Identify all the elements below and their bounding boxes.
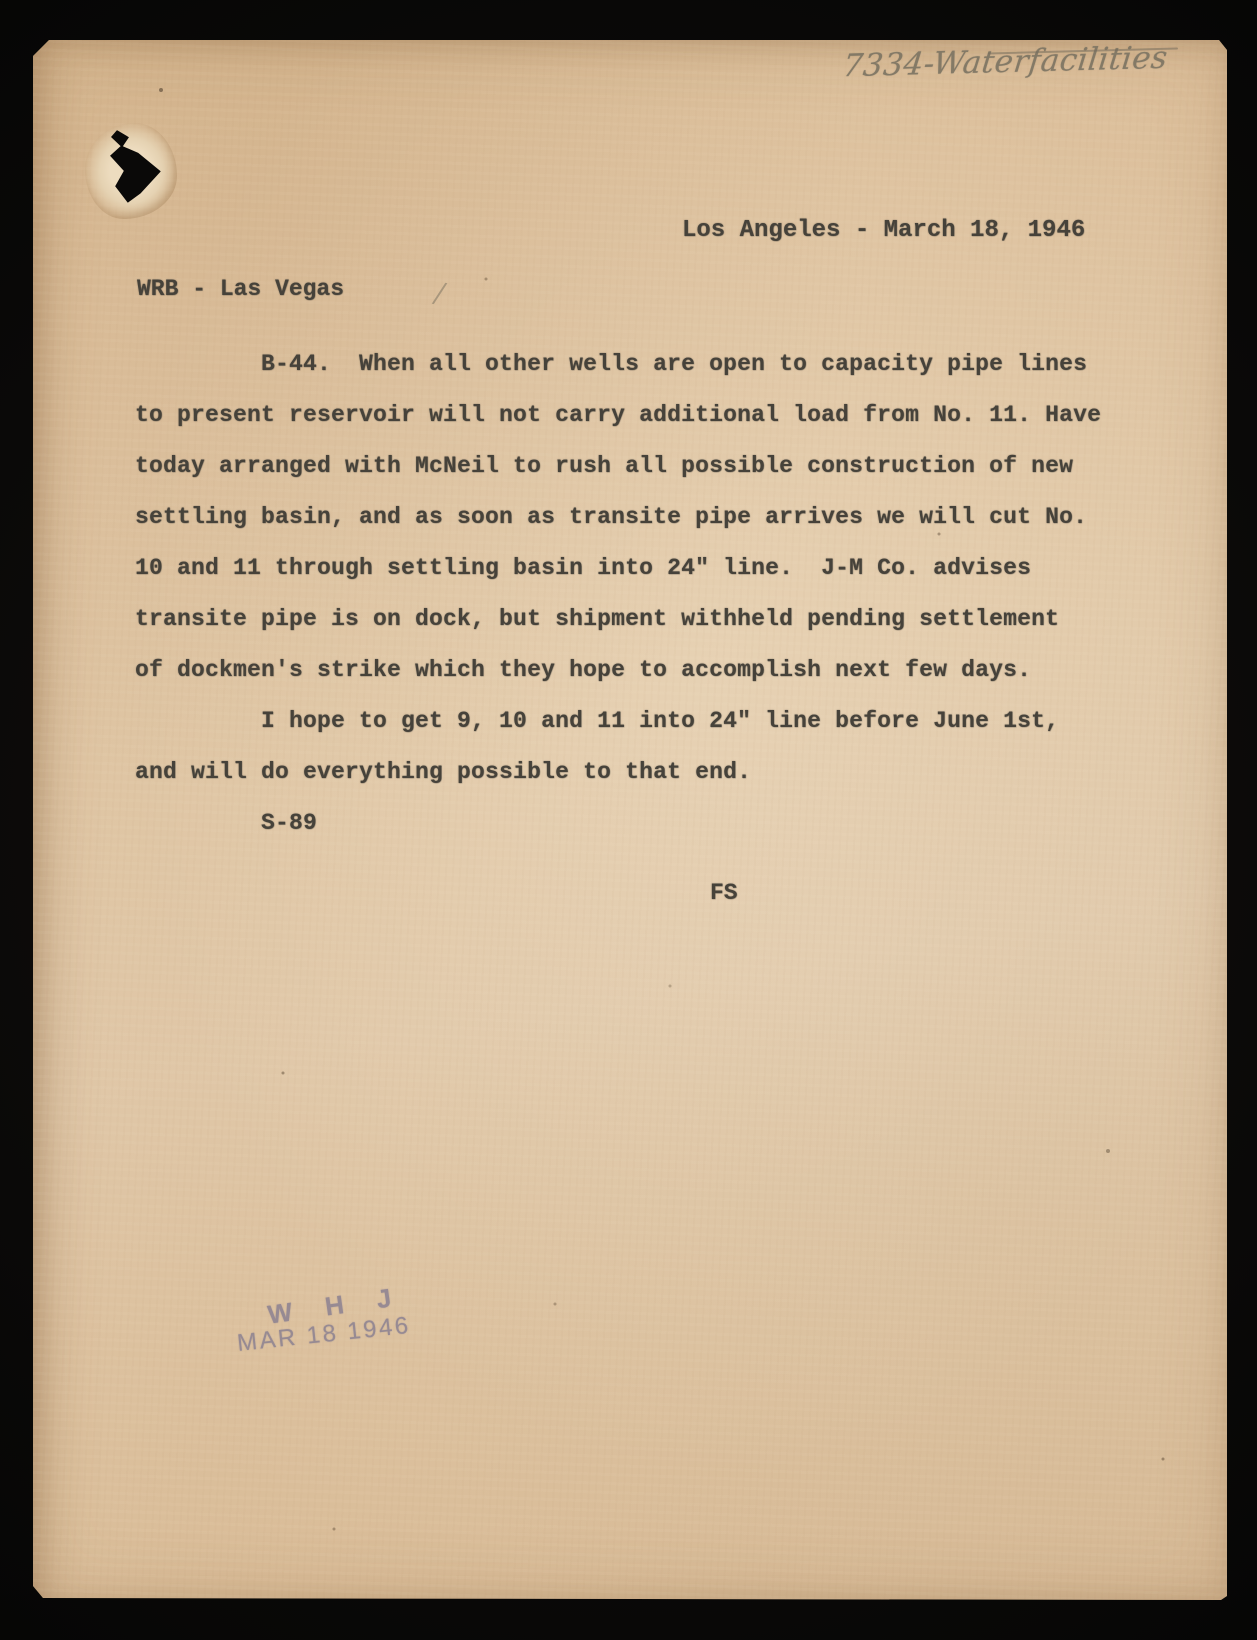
letter-page: 7334-Waterfacilities Los Angeles - March… bbox=[33, 40, 1227, 1600]
torn-hole-black bbox=[103, 130, 163, 205]
letter-body: B-44. When all other wells are open to c… bbox=[135, 339, 1101, 849]
torn-hole bbox=[85, 123, 177, 219]
pencil-slash-mark: / bbox=[433, 278, 445, 310]
received-stamp: W H J MAR 18 1946 bbox=[232, 1282, 412, 1360]
pencil-annotation: 7334-Waterfacilities bbox=[841, 40, 1170, 85]
recipient-line: WRB - Las Vegas bbox=[137, 276, 344, 304]
typist-initials: FS bbox=[710, 880, 738, 906]
dateline: Los Angeles - March 18, 1946 bbox=[682, 217, 1085, 246]
paper-specks bbox=[33, 40, 35, 42]
scan-background: 7334-Waterfacilities Los Angeles - March… bbox=[0, 0, 1257, 1640]
